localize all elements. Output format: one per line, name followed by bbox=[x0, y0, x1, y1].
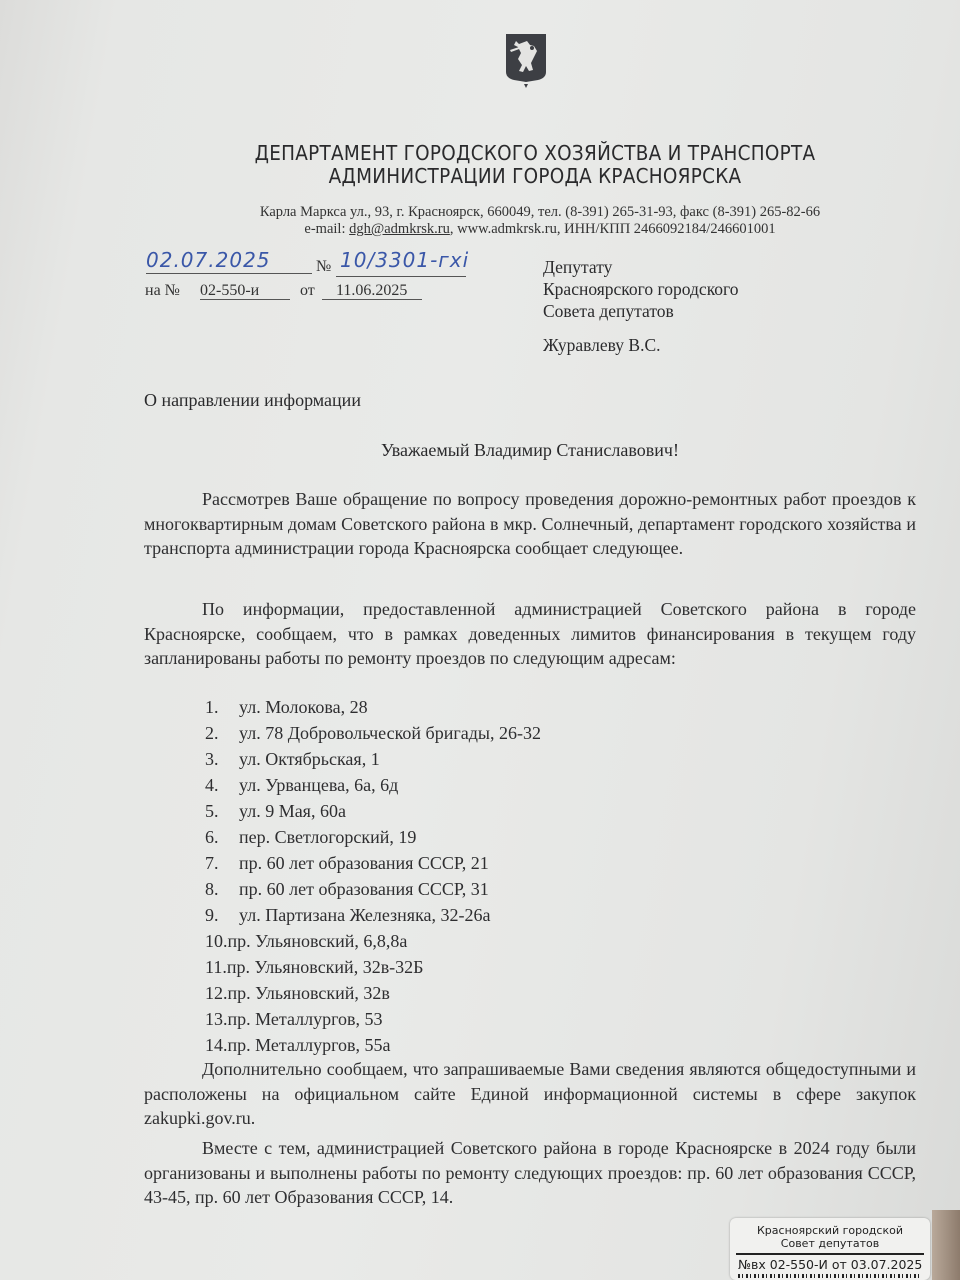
department-name-line1: ДЕПАРТАМЕНТ ГОРОДСКОГО ХОЗЯЙСТВА И ТРАНС… bbox=[43, 141, 960, 165]
addressee-name: Журавлеву В.С. bbox=[543, 334, 739, 356]
list-item: 12.пр. Ульяновский, 32в bbox=[205, 980, 541, 1006]
department-contacts: e-mail: dgh@admkrsk.ru, www.admkrsk.ru, … bbox=[190, 221, 890, 238]
addressee-line3: Совета депутатов bbox=[543, 300, 739, 322]
letter-subject: О направлении информации bbox=[144, 390, 361, 411]
list-item: 4.ул. Урванцева, 6а, 6д bbox=[205, 772, 541, 798]
list-item: 6.пер. Светлогорский, 19 bbox=[205, 824, 541, 850]
list-item: 9.ул. Партизана Железняка, 32-26а bbox=[205, 902, 541, 928]
department-name-line2: АДМИНИСТРАЦИИ ГОРОДА КРАСНОЯРСКА bbox=[43, 164, 960, 188]
stamp-registration-number: №вх 02-550-И от 03.07.2025 bbox=[730, 1257, 930, 1272]
contacts-rest: , www.admkrsk.ru, ИНН/КПП 2466092184/246… bbox=[450, 221, 776, 237]
reply-to-number: 02-550-и bbox=[200, 282, 259, 300]
reply-date-underline bbox=[322, 299, 422, 300]
department-address: Карла Маркса ул., 93, г. Красноярск, 660… bbox=[190, 204, 890, 221]
paragraph-3: Дополнительно сообщаем, что запрашиваемы… bbox=[144, 1057, 916, 1131]
number-underline bbox=[336, 276, 466, 277]
addressee-line2: Красноярского городского bbox=[543, 278, 739, 300]
list-item: 1.ул. Молокова, 28 bbox=[205, 694, 541, 720]
addressee-line1: Депутату bbox=[543, 256, 739, 278]
list-item: 5.ул. 9 Мая, 60а bbox=[205, 798, 541, 824]
handwritten-number: 10/3301-гхi bbox=[340, 248, 469, 272]
background-edge bbox=[932, 1210, 960, 1280]
from-label: от bbox=[300, 282, 315, 300]
stamp-line1: Красноярский городской bbox=[730, 1224, 930, 1237]
list-item: 8.пр. 60 лет образования СССР, 31 bbox=[205, 876, 541, 902]
paragraph-4: Вместе с тем, администрацией Советского … bbox=[144, 1136, 916, 1210]
stamp-divider bbox=[736, 1253, 924, 1255]
paragraph-2: По информации, предоставленной администр… bbox=[144, 597, 916, 671]
date-underline bbox=[146, 273, 312, 274]
list-item: 11.пр. Ульяновский, 32в-32Б bbox=[205, 954, 541, 980]
addressee-block: Депутату Красноярского городского Совета… bbox=[543, 256, 739, 356]
list-item: 10.пр. Ульяновский, 6,8,8а bbox=[205, 928, 541, 954]
barcode-icon bbox=[738, 1274, 922, 1278]
reply-to-label: на № bbox=[145, 282, 180, 300]
coat-of-arms-icon bbox=[504, 32, 548, 88]
list-item: 3.ул. Октябрьская, 1 bbox=[205, 746, 541, 772]
stamp-line2: Совет депутатов bbox=[730, 1237, 930, 1250]
incoming-registration-stamp: Красноярский городской Совет депутатов №… bbox=[730, 1218, 930, 1280]
list-item: 14.пр. Металлургов, 55а bbox=[205, 1032, 541, 1058]
list-item: 7.пр. 60 лет образования СССР, 21 bbox=[205, 850, 541, 876]
paragraph-1: Рассмотрев Ваше обращение по вопросу про… bbox=[144, 487, 916, 561]
email-link: dgh@admkrsk.ru bbox=[349, 221, 450, 237]
reply-number-underline bbox=[200, 299, 290, 300]
email-label: e-mail: bbox=[304, 221, 349, 237]
handwritten-date: 02.07.2025 bbox=[146, 248, 271, 272]
number-label: № bbox=[316, 258, 331, 276]
reply-to-date: 11.06.2025 bbox=[336, 282, 407, 300]
address-list: 1.ул. Молокова, 28 2.ул. 78 Добровольчес… bbox=[205, 694, 541, 1058]
letter-page: ДЕПАРТАМЕНТ ГОРОДСКОГО ХОЗЯЙСТВА И ТРАНС… bbox=[0, 0, 960, 1280]
list-item: 2.ул. 78 Добровольческой бригады, 26-32 bbox=[205, 720, 541, 746]
list-item: 13.пр. Металлургов, 53 bbox=[205, 1006, 541, 1032]
letter-greeting: Уважаемый Владимир Станиславович! bbox=[0, 440, 960, 461]
